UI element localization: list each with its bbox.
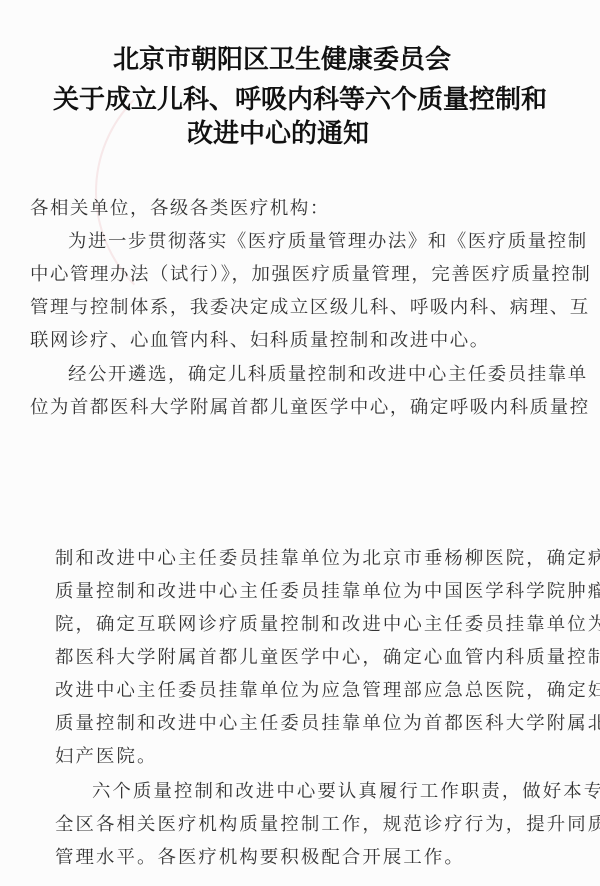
body-line: 经公开遴选，确定儿科质量控制和改进中心主任委员挂靠单 [68, 362, 588, 388]
body-line: 制和改进中心主任委员挂靠单位为北京市垂杨柳医院，确定病理 [55, 546, 600, 572]
title-line-1: 北京市朝阳区卫生健康委员会 [0, 44, 582, 76]
body-line: 管理与控制体系，我委决定成立区级儿科、呼吸内科、病理、互 [30, 295, 590, 321]
body-line: 改进中心主任委员挂靠单位为应急管理部应急总医院，确定妇科 [55, 678, 600, 704]
body-line: 院，确定互联网诊疗质量控制和改进中心主任委员挂靠单位为首 [55, 612, 600, 638]
body-line: 质量控制和改进中心主任委员挂靠单位为首都医科大学附属北京 [55, 711, 600, 737]
body-line: 全区各相关医疗机构质量控制工作，规范诊疗行为，提升同质化 [55, 812, 600, 838]
body-line: 管理水平。各医疗机构要积极配合开展工作。 [55, 845, 465, 871]
body-line: 中心管理办法（试行）》，加强医疗质量管理，完善医疗质量控制 [30, 262, 591, 288]
salutation: 各相关单位，各级各类医疗机构： [30, 196, 330, 222]
body-line: 位为首都医科大学附属首都儿童医学中心，确定呼吸内科质量控 [30, 395, 590, 421]
document-page: 北京市朝阳区卫生健康委员会 关于成立儿科、呼吸内科等六个质量控制和 改进中心的通… [0, 0, 600, 886]
body-line: 六个质量控制和改进中心要认真履行工作职责，做好本专业 [92, 779, 600, 805]
title-line-3: 改进中心的通知 [0, 118, 578, 150]
body-line: 联网诊疗、心血管内科、妇科质量控制和改进中心。 [30, 328, 490, 354]
body-line: 都医科大学附属首都儿童医学中心，确定心血管内科质量控制和 [55, 645, 600, 671]
body-line: 为进一步贯彻落实《医疗质量管理办法》和《医疗质量控制 [68, 229, 588, 255]
body-line: 妇产医院。 [55, 744, 157, 770]
title-line-2: 关于成立儿科、呼吸内科等六个质量控制和 [0, 84, 600, 116]
body-line: 质量控制和改进中心主任委员挂靠单位为中国医学科学院肿瘤医 [55, 579, 600, 605]
